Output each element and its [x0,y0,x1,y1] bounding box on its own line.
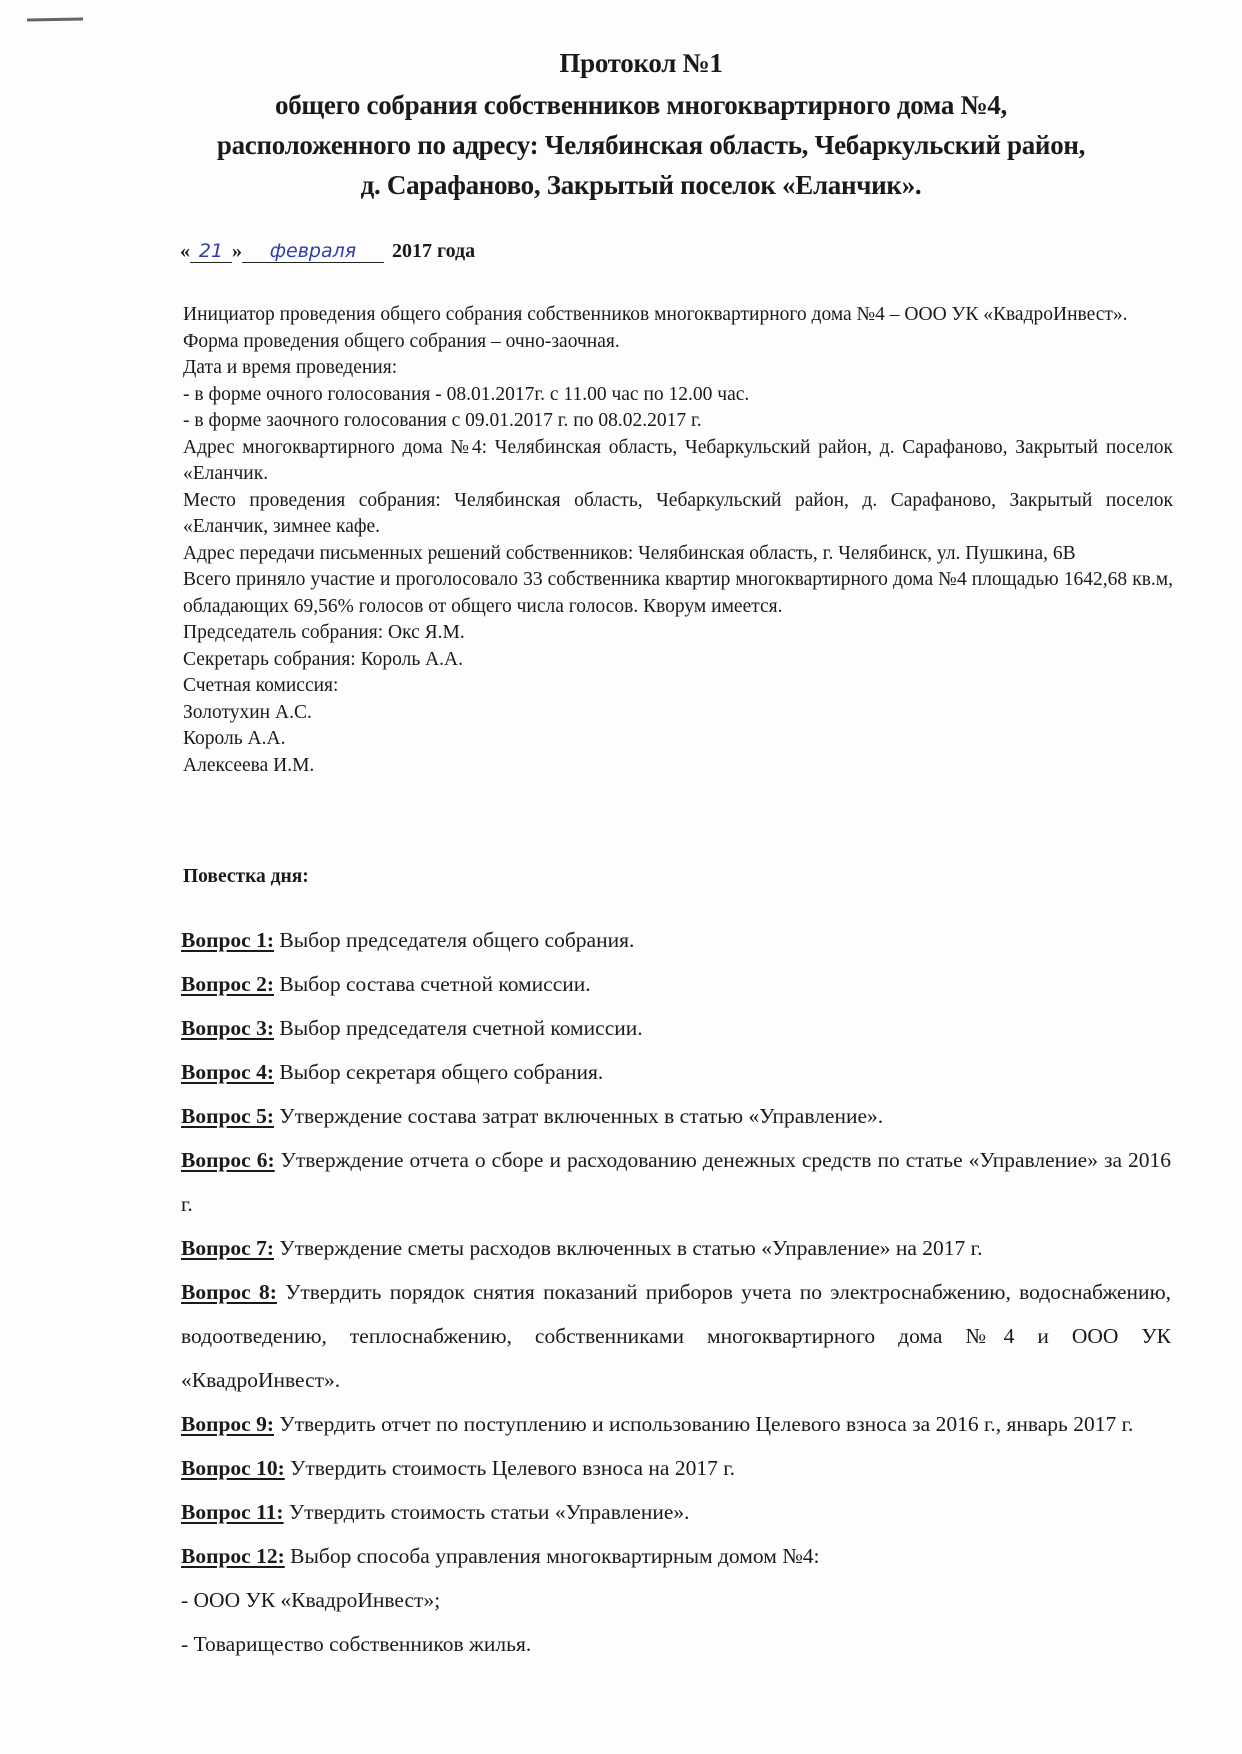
meeting-info: Инициатор проведения общего собрания соб… [183,302,1173,779]
building-address-text: Адрес многоквартирного дома №4: Челябинс… [183,435,1173,488]
question-text: Утвердить отчет по поступлению и использ… [274,1412,1133,1436]
question-label: Вопрос 7: [181,1236,274,1260]
question-label: Вопрос 3: [181,1016,274,1040]
handwritten-month: февраля [242,240,384,263]
question-label: Вопрос 10: [181,1456,285,1480]
commission-member: Алексеева И.М. [183,753,1173,780]
datetime-label: Дата и время проведения: [183,355,1173,382]
agenda-item: Вопрос 7: Утверждение сметы расходов вкл… [181,1226,1171,1270]
question-text: Выбор способа управления многоквартирным… [285,1544,820,1568]
agenda-item: Вопрос 5: Утверждение состава затрат вкл… [181,1094,1171,1138]
chairman-text: Председатель собрания: Окс Я.М. [183,620,1173,647]
question-text: Выбор председателя счетной комиссии. [274,1016,643,1040]
agenda-item: Вопрос 2: Выбор состава счетной комиссии… [181,962,1171,1006]
document-date: « 21 » февраля 2017 года [180,240,475,263]
question-label: Вопрос 2: [181,972,274,996]
question-text: Выбор состава счетной комиссии. [274,972,591,996]
date-close-quote: » [232,240,242,263]
document-subtitle-line1: общего собрания собственников многокварт… [40,90,1242,121]
form-text: Форма проведения общего собрания – очно-… [183,329,1173,356]
absentee-voting-text: - в форме заочного голосования с 09.01.2… [183,408,1173,435]
document-subtitle-line3: д. Сарафаново, Закрытый поселок «Еланчик… [40,170,1242,201]
commission-member: Король А.А. [183,726,1173,753]
agenda-item: Вопрос 6: Утверждение отчета о сборе и р… [181,1138,1171,1226]
agenda-item: Вопрос 11: Утвердить стоимость статьи «У… [181,1490,1171,1534]
question-label: Вопрос 4: [181,1060,274,1084]
agenda-item: Вопрос 1: Выбор председателя общего собр… [181,918,1171,962]
question-label: Вопрос 9: [181,1412,274,1436]
agenda-item: Вопрос 4: Выбор секретаря общего собрани… [181,1050,1171,1094]
agenda-list: Вопрос 1: Выбор председателя общего собр… [181,918,1171,1666]
question-label: Вопрос 1: [181,928,274,952]
meeting-place-text: Место проведения собрания: Челябинская о… [183,488,1173,541]
scan-mark [27,18,83,22]
in-person-voting-text: - в форме очного голосования - 08.01.201… [183,382,1173,409]
management-option: - ООО УК «КвадроИнвест»; [181,1578,1171,1622]
secretary-text: Секретарь собрания: Король А.А. [183,647,1173,674]
question-text: Утвердить стоимость статьи «Управление». [284,1500,690,1524]
agenda-item: Вопрос 10: Утвердить стоимость Целевого … [181,1446,1171,1490]
question-label: Вопрос 12: [181,1544,285,1568]
document-title: Протокол №1 [40,48,1242,79]
commission-label: Счетная комиссия: [183,673,1173,700]
agenda-title: Повестка дня: [183,866,309,888]
date-open-quote: « [180,240,190,263]
question-label: Вопрос 8: [181,1280,277,1304]
question-text: Утверждение отчета о сборе и расходовани… [181,1148,1171,1216]
agenda-item: Вопрос 8: Утвердить порядок снятия показ… [181,1270,1171,1402]
initiator-text: Инициатор проведения общего собрания соб… [183,302,1173,329]
question-text: Утверждение состава затрат включенных в … [274,1104,883,1128]
document-subtitle-line2: расположенного по адресу: Челябинская об… [60,130,1242,161]
commission-member: Золотухин А.С. [183,700,1173,727]
question-text: Выбор секретаря общего собрания. [274,1060,603,1084]
question-text: Утверждение сметы расходов включенных в … [274,1236,982,1260]
decisions-address-text: Адрес передачи письменных решений собств… [183,541,1173,568]
question-label: Вопрос 6: [181,1148,275,1172]
question-text: Утвердить стоимость Целевого взноса на 2… [285,1456,735,1480]
agenda-item: Вопрос 3: Выбор председателя счетной ком… [181,1006,1171,1050]
question-label: Вопрос 11: [181,1500,284,1524]
participation-text: Всего приняло участие и проголосовало 33… [183,567,1173,620]
question-text: Утвердить порядок снятия показаний прибо… [181,1280,1171,1392]
date-year: 2017 года [392,240,475,263]
handwritten-day: 21 [190,240,232,263]
agenda-item: Вопрос 9: Утвердить отчет по поступлению… [181,1402,1171,1446]
question-label: Вопрос 5: [181,1104,274,1128]
agenda-item: Вопрос 12: Выбор способа управления мног… [181,1534,1171,1578]
question-text: Выбор председателя общего собрания. [274,928,634,952]
management-option: - Товарищество собственников жилья. [181,1622,1171,1666]
